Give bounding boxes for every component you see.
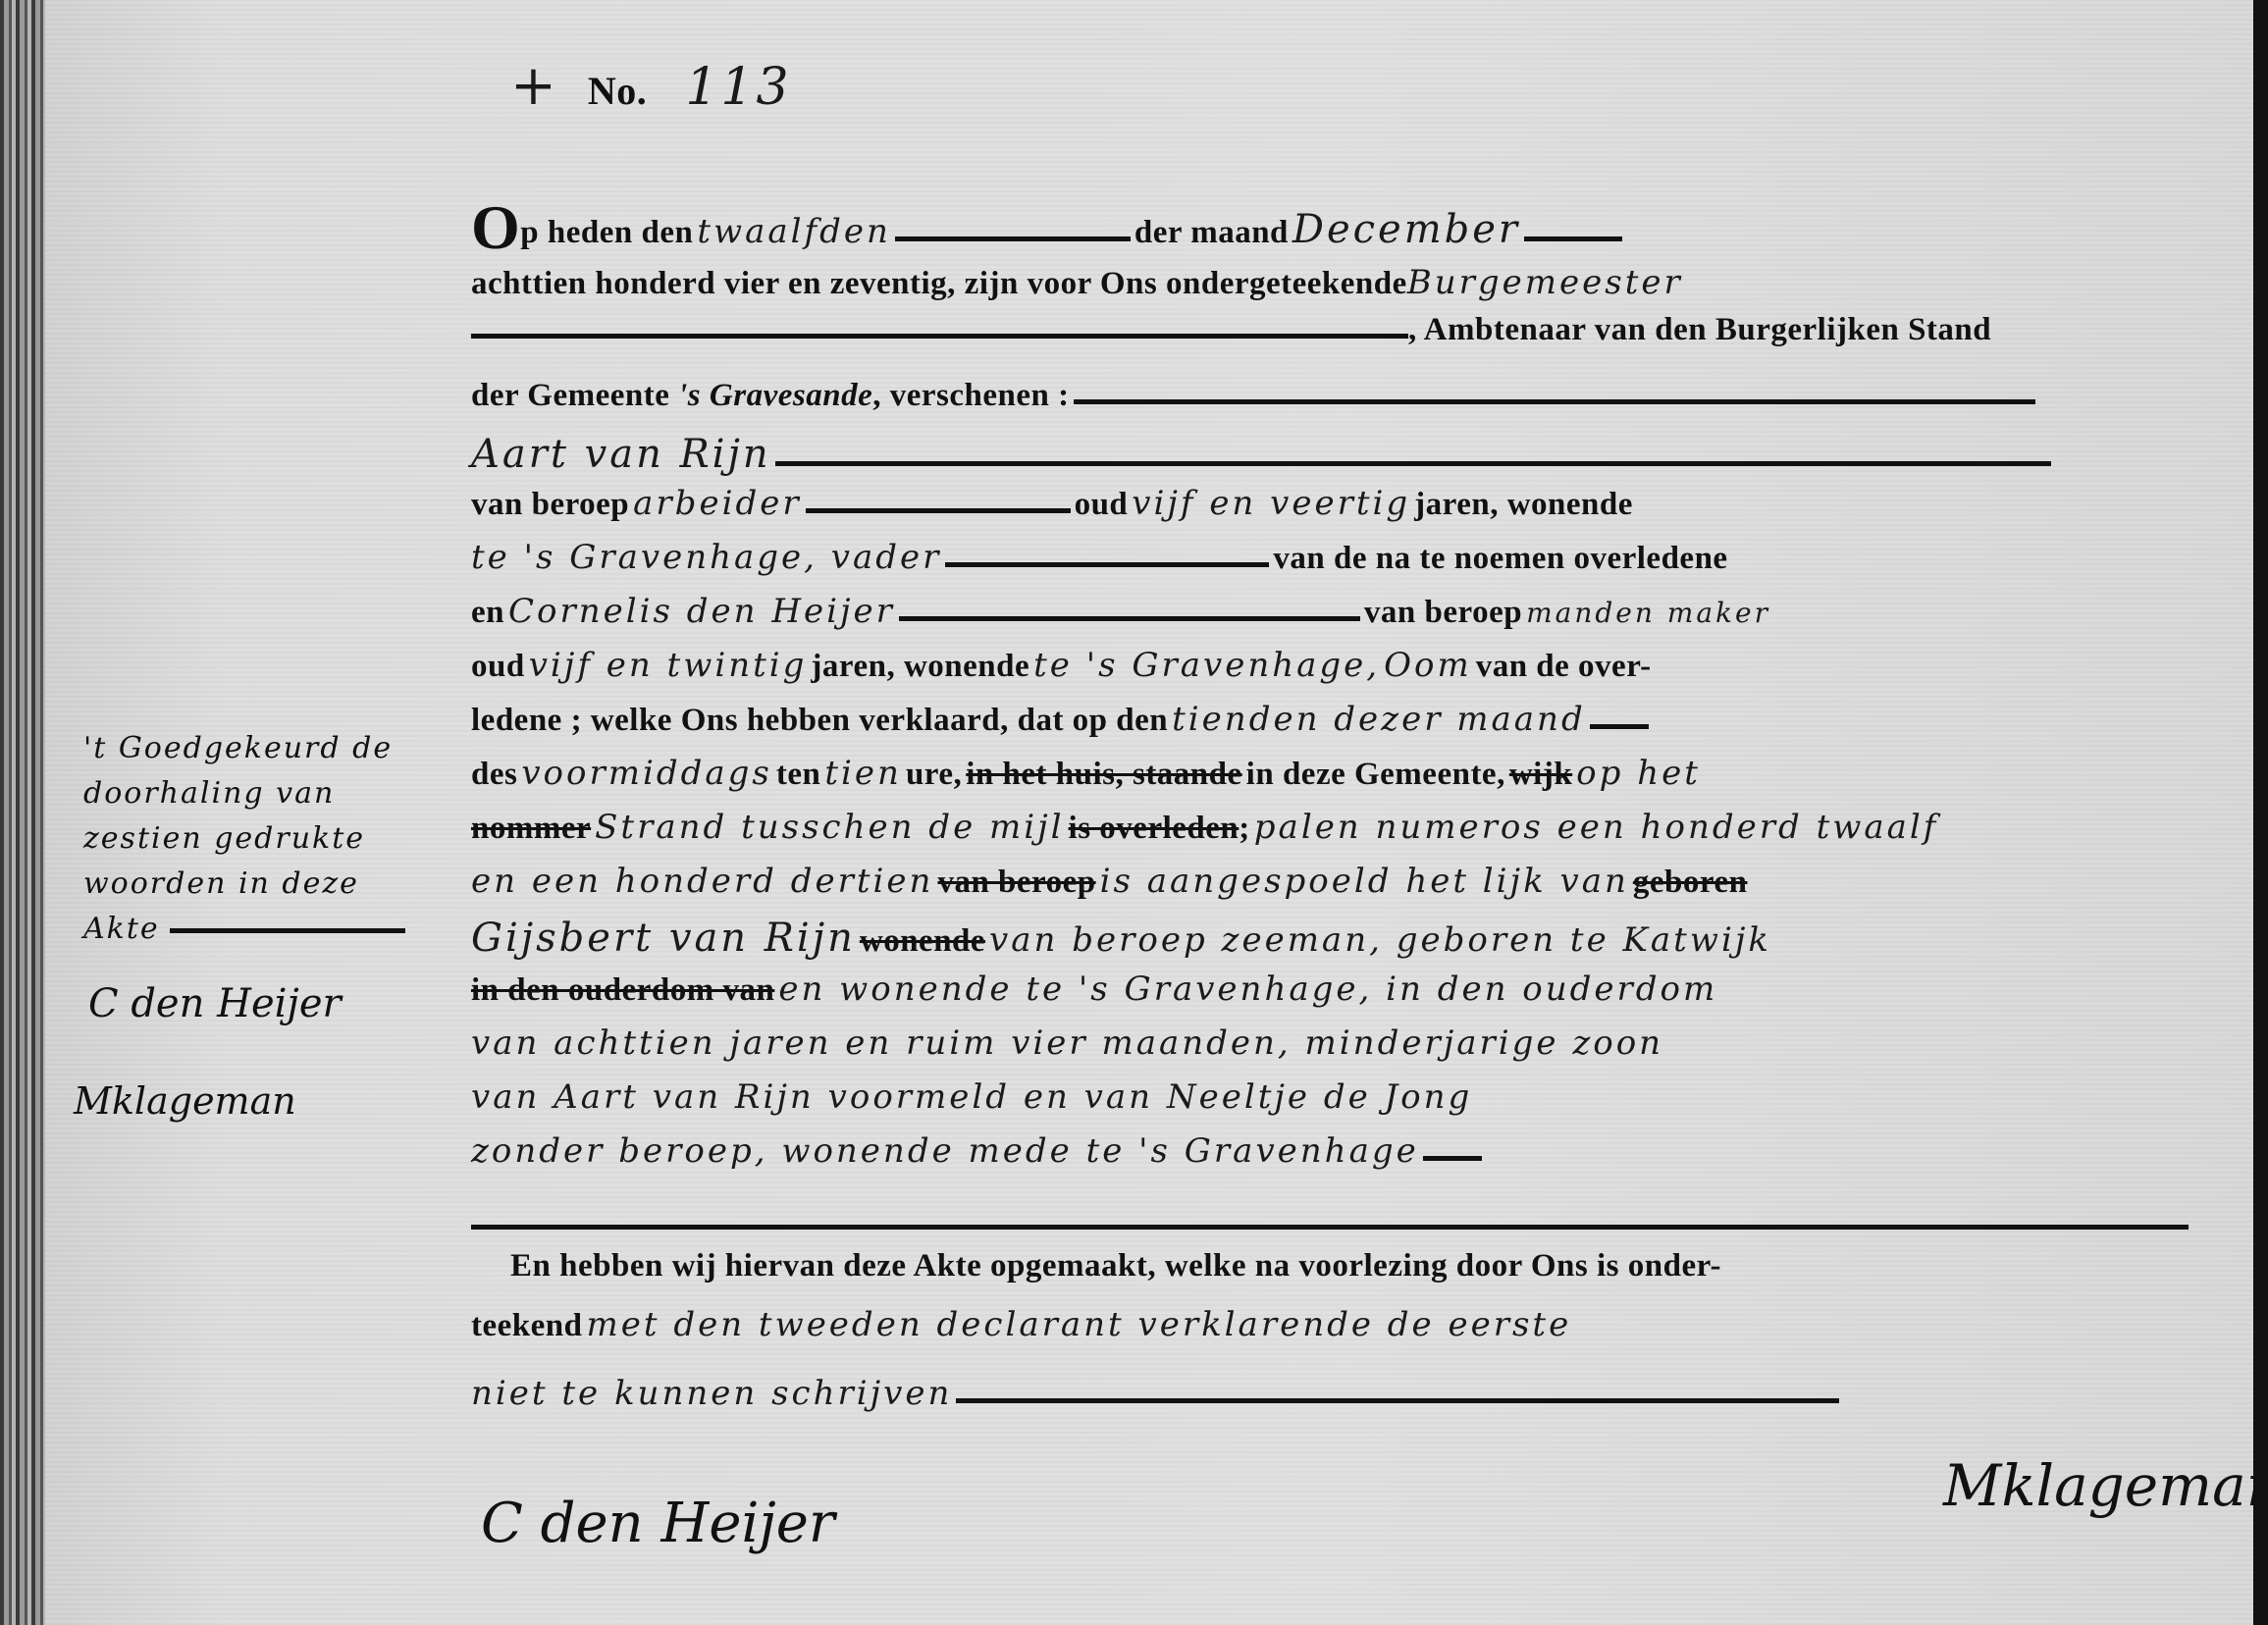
line-gemeente: der Gemeente 's Gravesande, verschenen : <box>471 378 2189 423</box>
hour-field: tien <box>824 754 902 793</box>
official-title-field: Burgemeester <box>1407 263 1683 302</box>
number-label: No. <box>588 69 647 113</box>
margin-line: doorhaling van <box>83 771 405 816</box>
line-verklaard: ledene ; welke Ons hebben verklaard, dat… <box>471 700 2189 745</box>
municipality: 's Gravesande <box>678 378 872 413</box>
relation2-field: Oom <box>1384 646 1472 685</box>
margin-signature-declarant: C den Heijer <box>88 981 342 1026</box>
handwritten-text: en wonende te 's Gravenhage, in den oude… <box>778 970 1717 1009</box>
occupation2-field: manden maker <box>1526 597 1770 629</box>
handwritten-text: met den tweeden declarant verklarende de… <box>587 1305 1572 1344</box>
day-field: twaalfden <box>697 212 891 251</box>
margin-line: 't Goedgekeurd de <box>83 726 405 771</box>
line-parents: van Aart van Rijn voormeld en van Neeltj… <box>471 1077 2189 1123</box>
printed-text: van de na te noemen overledene <box>1273 541 1727 576</box>
line-lijk: en een honderd dertien van beroep is aan… <box>471 862 2189 907</box>
struck-text: in den ouderdom van <box>471 972 774 1008</box>
struck-text: wonende <box>860 923 985 959</box>
date-of-death-field: tienden dezer maand <box>1172 700 1586 739</box>
month-field: December <box>1292 207 1520 252</box>
line-schrijven: niet te kunnen schrijven <box>471 1374 2189 1419</box>
line-declarant1: Aart van Rijn <box>471 432 2189 477</box>
age1-field: vijf en veertig <box>1132 484 1410 523</box>
margin-signature-official: Mklageman <box>74 1079 296 1123</box>
struck-text: wijk <box>1509 757 1572 792</box>
line-age-deceased: van achttien jaren en ruim vier maanden,… <box>471 1023 2189 1069</box>
location-field: en een honderd dertien <box>471 862 933 901</box>
initial-letter: O <box>471 192 520 262</box>
signature-declarant: C den Heijer <box>481 1492 835 1555</box>
struck-text: in het huis, staande <box>966 757 1241 792</box>
printed-text: jaren, wonende <box>811 649 1029 684</box>
line-teekend: teekend met den tweeden declarant verkla… <box>471 1305 2189 1350</box>
handwritten-text: zonder beroep, wonende mede te 's Graven… <box>471 1131 1419 1171</box>
printed-text: teekend <box>471 1308 583 1343</box>
margin-line: woorden in deze <box>83 862 405 907</box>
line-deceased: Gijsbert van Rijn wonende van beroep zee… <box>471 916 2189 961</box>
residence2-field: te 's Gravenhage, <box>1033 646 1380 685</box>
handwritten-text: van beroep zeeman, geboren te Katwijk <box>989 920 1771 960</box>
printed-text: ten <box>776 757 821 792</box>
handwritten-text: is aangespoeld het lijk van <box>1100 862 1629 901</box>
line-occupation1: van beroep arbeider oud vijf en veertig … <box>471 484 2189 529</box>
printed-text: van beroep <box>1364 595 1522 630</box>
line-year: achttien honderd vier en zeventig, zijn … <box>471 263 2189 308</box>
printed-text: jaren, wonende <box>1414 487 1633 522</box>
printed-text: En hebben wij hiervan deze Akte opgemaak… <box>510 1248 1721 1284</box>
handwritten-text: niet te kunnen schrijven <box>471 1374 952 1413</box>
printed-text: van beroep <box>471 487 629 522</box>
deceased-name-field: Gijsbert van Rijn <box>471 916 856 961</box>
struck-text: nommer <box>471 811 591 846</box>
printed-text: , Ambtenaar van den Burgerlijken Stand <box>1408 312 1991 347</box>
line-closing: En hebben wij hiervan deze Akte opgemaak… <box>510 1248 2228 1293</box>
printed-text: , verschenen : <box>872 378 1069 413</box>
location-field: palen numeros een honderd twaalf <box>1254 808 1939 847</box>
daypart-field: voormiddags <box>521 754 772 793</box>
printed-text: der Gemeente <box>471 378 678 413</box>
printed-text: der maand <box>1134 215 1289 250</box>
occupation1-field: arbeider <box>633 484 801 523</box>
printed-text: p heden den <box>520 215 693 250</box>
handwritten-text: van Aart van Rijn voormeld en van Neeltj… <box>471 1077 1472 1117</box>
printed-text: ; <box>1239 811 1250 846</box>
location-field: op het <box>1576 754 1701 793</box>
line-residence1: te 's Gravenhage, vader van de na te noe… <box>471 538 2189 583</box>
declarant2-name-field: Cornelis den Heijer <box>508 592 895 631</box>
cross-mark: + <box>510 54 559 118</box>
book-binding <box>0 0 45 1625</box>
struck-text: van beroep <box>937 865 1095 900</box>
printed-text: achttien honderd vier en zeventig, zijn … <box>471 266 1407 301</box>
line-location: nommer Strand tusschen de mijl is overle… <box>471 808 2189 853</box>
printed-text: in deze Gemeente, <box>1246 757 1505 792</box>
struck-text: geboren <box>1633 865 1748 900</box>
declarant1-name-field: Aart van Rijn <box>471 432 771 477</box>
printed-text: en <box>471 595 504 630</box>
line-declarant2: en Cornelis den Heijer van beroep manden… <box>471 592 2189 637</box>
margin-line: zestien gedrukte <box>83 816 405 862</box>
printed-text: oud <box>471 649 525 684</box>
printed-text: des <box>471 757 517 792</box>
signature-official: Mklageman <box>1943 1452 2268 1519</box>
printed-text: ledene ; welke Ons hebben verklaard, dat… <box>471 703 1168 738</box>
divider-rule <box>471 1225 2189 1230</box>
location-field: Strand tusschen de mijl <box>595 808 1064 847</box>
printed-text: oud <box>1075 487 1129 522</box>
record-header: + No. 113 <box>510 54 792 118</box>
line-mother: zonder beroep, wonende mede te 's Graven… <box>471 1131 2189 1177</box>
line-age2: oud vijf en twintig jaren, wonende te 's… <box>471 646 2189 691</box>
printed-text: van de over- <box>1476 649 1652 684</box>
record-number: 113 <box>685 58 791 117</box>
age2-field: vijf en twintig <box>529 646 808 685</box>
margin-annotation: 't Goedgekeurd de doorhaling van zestien… <box>83 726 405 952</box>
line-ouderdom: in den ouderdom van en wonende te 's Gra… <box>471 970 2189 1015</box>
margin-line: Akte <box>83 912 160 946</box>
residence1-field: te 's Gravenhage, vader <box>471 538 941 577</box>
line-time: des voormiddags ten tien ure, in het hui… <box>471 754 2189 799</box>
page-edge <box>2253 0 2268 1625</box>
handwritten-text: van achttien jaren en ruim vier maanden,… <box>471 1023 1663 1063</box>
line-ambtenaar: , Ambtenaar van den Burgerlijken Stand <box>471 312 2189 357</box>
line-date: Op heden den twaalfden der maand Decembe… <box>471 196 2189 241</box>
printed-text: ure, <box>906 757 962 792</box>
struck-text: is overleden <box>1069 811 1239 846</box>
